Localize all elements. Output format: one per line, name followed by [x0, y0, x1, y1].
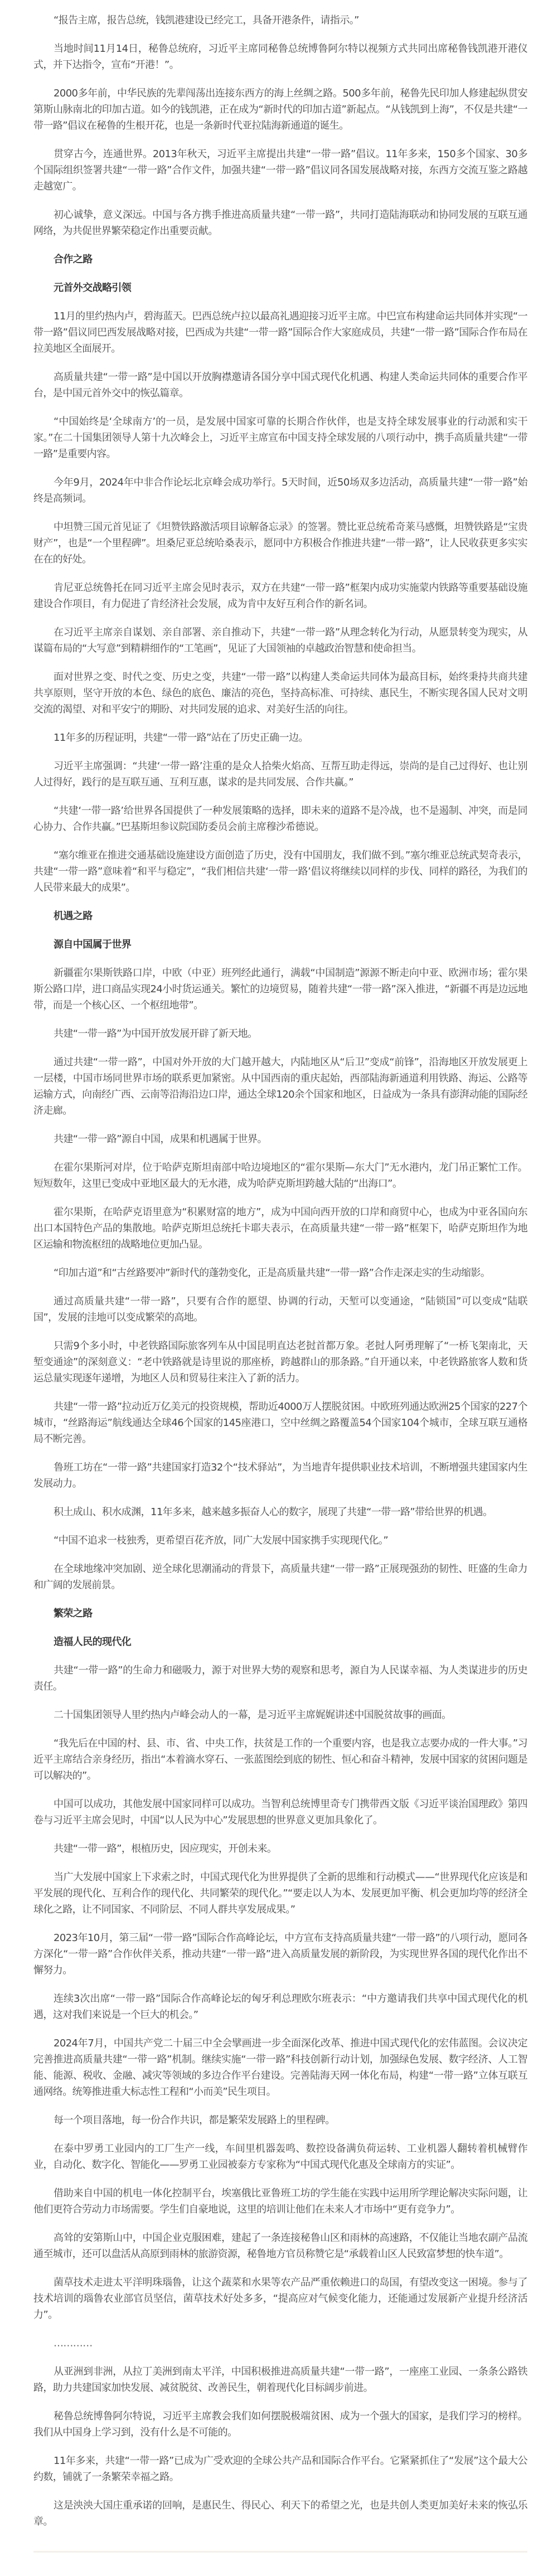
article-paragraph: 共建“一带一路”的生命力和磁吸力，源于对世界大势的观察和思考，源自为人民谋幸福、… — [33, 1662, 527, 1695]
article-paragraph: 2000多年前，中华民族的先辈闯荡出连接东西方的海上丝绸之路。500多年前，秘鲁… — [33, 85, 527, 134]
article-paragraph: 11月的里约热内卢，碧海蓝天。巴西总统卢拉以最高礼遇迎接习近平主席。中巴宣布构建… — [33, 308, 527, 357]
article-paragraph: “我先后在中国的村、县、市、省、中央工作，扶贫是工作的一个重要内容，也是我立志要… — [33, 1735, 527, 1784]
article-paragraph: 初心诚挚，意义深远。中国与各方携手推进高质量共建“一带一路”，共同打造陆海联动和… — [33, 207, 527, 239]
article-paragraph: 连续3次出席“一带一路”国际合作高峰论坛的匈牙利总理欧尔班表示：“中方邀请我们共… — [33, 1991, 527, 2023]
article-paragraph: 习近平主席强调：“共建‘一带一路’注重的是众人拾柴火焰高、互帮互助走得远，崇尚的… — [33, 758, 527, 790]
section-heading: 源自中国属于世界 — [33, 937, 527, 953]
article-paragraph: “共建‘一带一路’给世界各国提供了一种发展策略的选择，即未来的道路不是冷战，也不… — [33, 803, 527, 835]
ellipsis-separator: ………… — [33, 2335, 527, 2351]
article-paragraph: 2024年7月，中国共产党二十届三中全会擘画进一步全面深化改革、推进中国式现代化… — [33, 2035, 527, 2100]
article-paragraph: 共建“一带一路”源自中国，成果和机遇属于世界。 — [33, 1131, 527, 1147]
section-heading: 繁荣之路 — [33, 1605, 527, 1622]
article-paragraph: 在霍尔果斯河对岸，位于哈萨克斯坦南部中哈边境地区的“霍尔果斯—东大门”无水港内，… — [33, 1160, 527, 1192]
article-paragraph: 面对世界之变、时代之变、历史之变，共建“一带一路”以构建人类命运共同体为最高目标… — [33, 669, 527, 717]
article-paragraph: “中国始终是‘全球南方’的一员，是发展中国家可靠的长期合作伙伴，也是支持全球发展… — [33, 414, 527, 462]
article-paragraph: 中国可以成功，其他发展中国家同样可以成功。当智利总统博里奇专门携带西文版《习近平… — [33, 1796, 527, 1828]
article-paragraph: 当地时间11月14日，秘鲁总统府，习近平主席同秘鲁总统博鲁阿尔特以视频方式共同出… — [33, 41, 527, 73]
article-paragraph: 通过共建“一带一路”，中国对外开放的大门越开越大，内陆地区从“后卫”变成“前锋”… — [33, 1054, 527, 1119]
article-paragraph: 这是泱泱大国庄重承诺的回响，是惠民生、得民心、利天下的希望之光，也是共创人类更加… — [33, 2497, 527, 2530]
article-paragraph: 菌草技术走进太平洋明珠瑙鲁，让这个蔬菜和水果等农产品严重依赖进口的岛国，有望改变… — [33, 2274, 527, 2323]
article-paragraph: 积土成山、积水成渊，11年多来，越来越多振奋人心的数字，展现了共建“一带一路”带… — [33, 1504, 527, 1520]
article-paragraph: 高耸的安第斯山中，中国企业克服困难，建起了一条连接秘鲁山区和雨林的高速路，不仅能… — [33, 2230, 527, 2262]
article-paragraph: 借助来自中国的机电一体化控制平台，埃塞俄比亚鲁班工坊的学生能在实践中运用所学理论… — [33, 2185, 527, 2218]
article-paragraph: “印加古道”和“古丝路要冲”新时代的蓬勃变化，正是高质量共建“一带一路”合作走深… — [33, 1265, 527, 1281]
article-paragraph: 高质量共建“一带一路”是中国以开放胸襟邀请各国分享中国式现代化机遇、构建人类命运… — [33, 369, 527, 401]
article-paragraph: 秘鲁总统博鲁阿尔特说，习近平主席教会我们如何摆脱极端贫困、成为一个强大的国家，是… — [33, 2408, 527, 2441]
article-paragraph: 通过高质量共建“一带一路”，只要有合作的愿望、协调的行动，天堑可以变通途，“陆锁… — [33, 1293, 527, 1326]
article-paragraph: 新疆霍尔果斯铁路口岸，中欧（中亚）班列经此通行，满载“中国制造”源源不断走向中亚… — [33, 965, 527, 1013]
article-paragraph: 中坦赞三国元首见证了《坦赞铁路激活项目谅解备忘录》的签署。赞比亚总统希奇莱马感慨… — [33, 519, 527, 567]
article-paragraph: 11年多来，共建“一带一路”已成为广受欢迎的全球公共产品和国际合作平台。它紧紧抓… — [33, 2453, 527, 2485]
article-paragraph: 在习近平主席亲自谋划、亲自部署、亲自推动下，共建“一带一路”从理念转化为行动，从… — [33, 624, 527, 657]
article-paragraph: “报告主席，报告总统，钱凯港建设已经完工，具备开港条件，请指示。” — [33, 12, 527, 28]
section-heading: 合作之路 — [33, 251, 527, 268]
article-paragraph: 当广大发展中国家上下求索之时，中国式现代化为世界提供了全新的思维和行动模式——“… — [33, 1869, 527, 1918]
article-paragraph: 从亚洲到非洲，从拉丁美洲到南太平洋，中国积极推进高质量共建“一带一路”，一座座工… — [33, 2364, 527, 2396]
article-footer — [33, 2551, 543, 2564]
article-paragraph: 在泰中罗勇工业园内的工厂生产一线，车间里机器轰鸣、数控设备满负荷运转、工业机器人… — [33, 2141, 527, 2173]
article-paragraph: 只需9个多小时，中老铁路国际旅客列车从中国昆明直达老挝首都万象。老挝人阿勇理解了… — [33, 1338, 527, 1386]
section-heading: 机遇之路 — [33, 908, 527, 924]
article-paragraph: 二十国集团领导人里约热内卢峰会动人的一幕，是习近平主席娓娓讲述中国脱贫故事的画面… — [33, 1707, 527, 1723]
bottom-spacer — [33, 2553, 543, 2564]
article-paragraph: 2023年10月，第三届“一带一路”国际合作高峰论坛，中方宣布支持高质量共建“一… — [33, 1930, 527, 1978]
article-paragraph: 共建“一带一路”拉动近万亿美元的投资规模，帮助近4000万人摆脱贫困。中欧班列通… — [33, 1399, 527, 1447]
section-heading: 造福人民的现代化 — [33, 1634, 527, 1650]
article-paragraph: 今年9月，2024年中非合作论坛北京峰会成功举行。5天时间，近50场双多边活动，… — [33, 474, 527, 507]
article-paragraph: 11年多的历程证明，共建“一带一路”站在了历史正确一边。 — [33, 730, 527, 746]
article-paragraph: 肯尼亚总统鲁托在同习近平主席会见时表示，双方在共建“一带一路”框架内成功实施蒙内… — [33, 580, 527, 612]
article-paragraph: 在全球地缘冲突加剧、逆全球化思潮涌动的背景下，高质量共建“一带一路”正展现强劲的… — [33, 1561, 527, 1593]
article-paragraph: 每一个项目落地，每一份合作共识，都是繁荣发展路上的里程碑。 — [33, 2112, 527, 2128]
article-paragraph: 贯穿古今，连通世界。2013年秋天，习近平主席提出共建“一带一路”倡议。11年多… — [33, 146, 527, 195]
article-paragraph: 霍尔果斯，在哈萨克语里意为“积累财富的地方”，成为中国向西开放的口岸和商贸中心，… — [33, 1204, 527, 1253]
article-paragraph: “中国不追求一枝独秀，更希望百花齐放，同广大发展中国家携手实现现代化。” — [33, 1532, 527, 1549]
article-paragraph: 鲁班工坊在“一带一路”共建国家打造32个“技术驿站”，为当地青年提供职业技术培训… — [33, 1459, 527, 1492]
article-paragraph: 共建“一带一路”，根植历史，因应现实，开创未来。 — [33, 1841, 527, 1857]
section-heading: 元首外交战略引领 — [33, 280, 527, 296]
article-paragraph: 共建“一带一路”为中国开放发展开辟了新天地。 — [33, 1026, 527, 1042]
article-paragraph: “塞尔维亚在推进交通基础设施建设方面创造了历史，没有中国朋友，我们做不到。”塞尔… — [33, 847, 527, 896]
article-body: “报告主席，报告总统，钱凯港建设已经完工，具备开港条件，请指示。”当地时间11月… — [33, 0, 527, 2530]
